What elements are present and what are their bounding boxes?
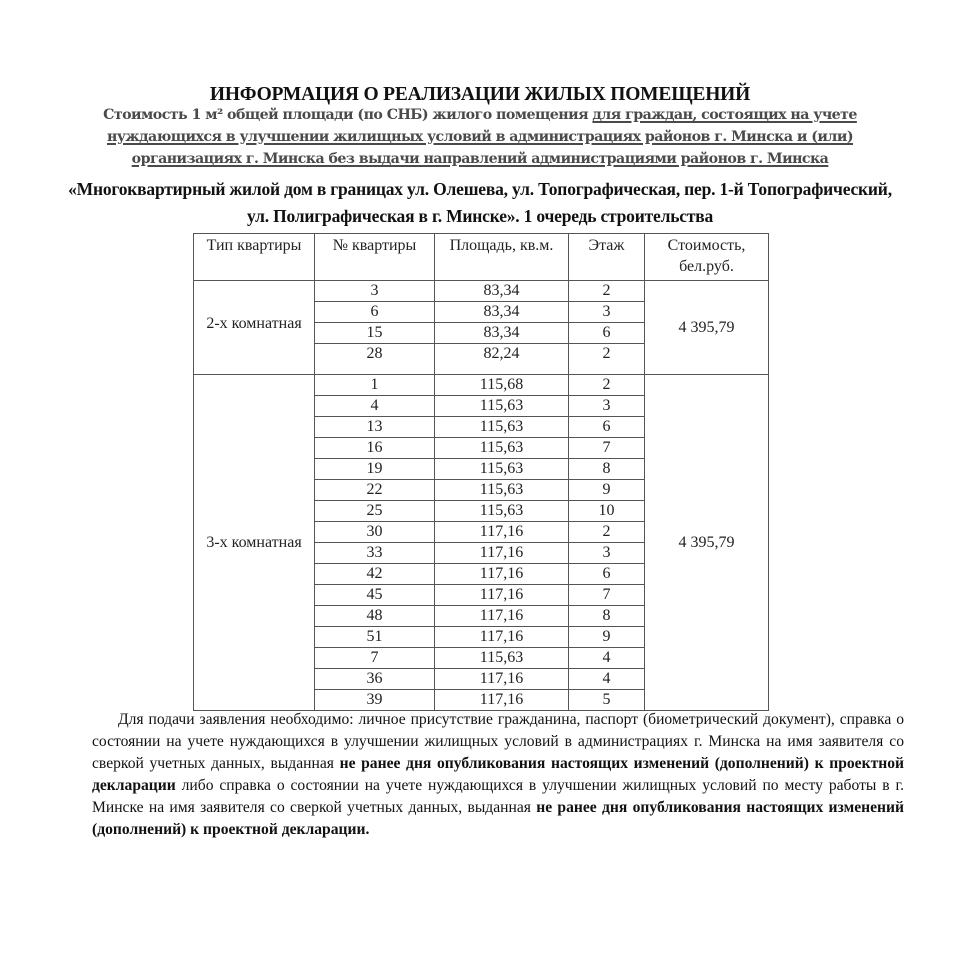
apartment-number-cell: 13 [315,417,435,438]
apartment-number-cell: 33 [315,543,435,564]
area-cell: 115,63 [435,417,569,438]
apartment-number-cell: 39 [315,690,435,711]
apartment-number-cell: 28 [315,344,435,375]
table-row: 2-х комнатная383,3424 395,79 [194,281,769,302]
floor-cell: 3 [569,396,645,417]
area-cell: 117,16 [435,669,569,690]
apartment-number-cell: 4 [315,396,435,417]
document-page: ИНФОРМАЦИЯ О РЕАЛИЗАЦИИ ЖИЛЫХ ПОМЕЩЕНИЙ … [0,0,960,960]
area-cell: 115,63 [435,438,569,459]
area-cell: 115,63 [435,480,569,501]
apartment-type-cell: 2-х комнатная [194,281,315,375]
floor-cell: 7 [569,585,645,606]
apartment-number-cell: 42 [315,564,435,585]
floor-cell: 2 [569,375,645,396]
area-cell: 117,16 [435,543,569,564]
floor-cell: 2 [569,522,645,543]
floor-cell: 4 [569,669,645,690]
floor-cell: 6 [569,564,645,585]
cost-cell: 4 395,79 [645,281,769,375]
floor-cell: 5 [569,690,645,711]
apartment-number-cell: 7 [315,648,435,669]
project-name: «Многоквартирный жилой дом в границах ул… [60,176,900,230]
apartments-table: Тип квартиры № квартиры Площадь, кв.м. Э… [193,233,769,711]
area-cell: 115,63 [435,501,569,522]
table-header-row: Тип квартиры № квартиры Площадь, кв.м. Э… [194,234,769,281]
price-subtitle: Стоимость 1 м² общей площади (по СНБ) жи… [80,104,880,170]
floor-cell: 6 [569,417,645,438]
cost-cell: 4 395,79 [645,375,769,711]
floor-cell: 8 [569,606,645,627]
area-cell: 117,16 [435,564,569,585]
floor-cell: 9 [569,627,645,648]
floor-cell: 6 [569,323,645,344]
header-area: Площадь, кв.м. [435,234,569,281]
area-cell: 83,34 [435,323,569,344]
area-cell: 117,16 [435,606,569,627]
apartment-number-cell: 19 [315,459,435,480]
header-cost: Стоимость, бел.руб. [645,234,769,281]
area-cell: 117,16 [435,690,569,711]
apartment-number-cell: 6 [315,302,435,323]
floor-cell: 8 [569,459,645,480]
area-cell: 115,68 [435,375,569,396]
application-note: Для подачи заявления необходимо: личное … [92,709,904,841]
area-cell: 115,63 [435,648,569,669]
subtitle-plain-text: Стоимость 1 м² общей площади (по СНБ) жи… [103,107,592,123]
apartment-number-cell: 1 [315,375,435,396]
floor-cell: 2 [569,344,645,375]
area-cell: 83,34 [435,302,569,323]
apartment-number-cell: 22 [315,480,435,501]
apartment-number-cell: 15 [315,323,435,344]
area-cell: 115,63 [435,459,569,480]
apartment-number-cell: 36 [315,669,435,690]
floor-cell: 4 [569,648,645,669]
floor-cell: 2 [569,281,645,302]
header-number: № квартиры [315,234,435,281]
apartment-number-cell: 16 [315,438,435,459]
floor-cell: 7 [569,438,645,459]
apartment-number-cell: 48 [315,606,435,627]
header-type: Тип квартиры [194,234,315,281]
apartment-number-cell: 3 [315,281,435,302]
area-cell: 117,16 [435,585,569,606]
apartment-type-cell: 3-х комнатная [194,375,315,711]
table-row: 3-х комнатная1115,6824 395,79 [194,375,769,396]
floor-cell: 3 [569,543,645,564]
area-cell: 83,34 [435,281,569,302]
area-cell: 117,16 [435,522,569,543]
apartment-number-cell: 30 [315,522,435,543]
document-title: ИНФОРМАЦИЯ О РЕАЛИЗАЦИИ ЖИЛЫХ ПОМЕЩЕНИЙ [0,84,960,106]
area-cell: 115,63 [435,396,569,417]
floor-cell: 10 [569,501,645,522]
apartment-number-cell: 45 [315,585,435,606]
header-floor: Этаж [569,234,645,281]
apartment-number-cell: 25 [315,501,435,522]
area-cell: 82,24 [435,344,569,375]
apartment-number-cell: 51 [315,627,435,648]
area-cell: 117,16 [435,627,569,648]
floor-cell: 9 [569,480,645,501]
floor-cell: 3 [569,302,645,323]
table-body: 2-х комнатная383,3424 395,79683,3431583,… [194,281,769,711]
